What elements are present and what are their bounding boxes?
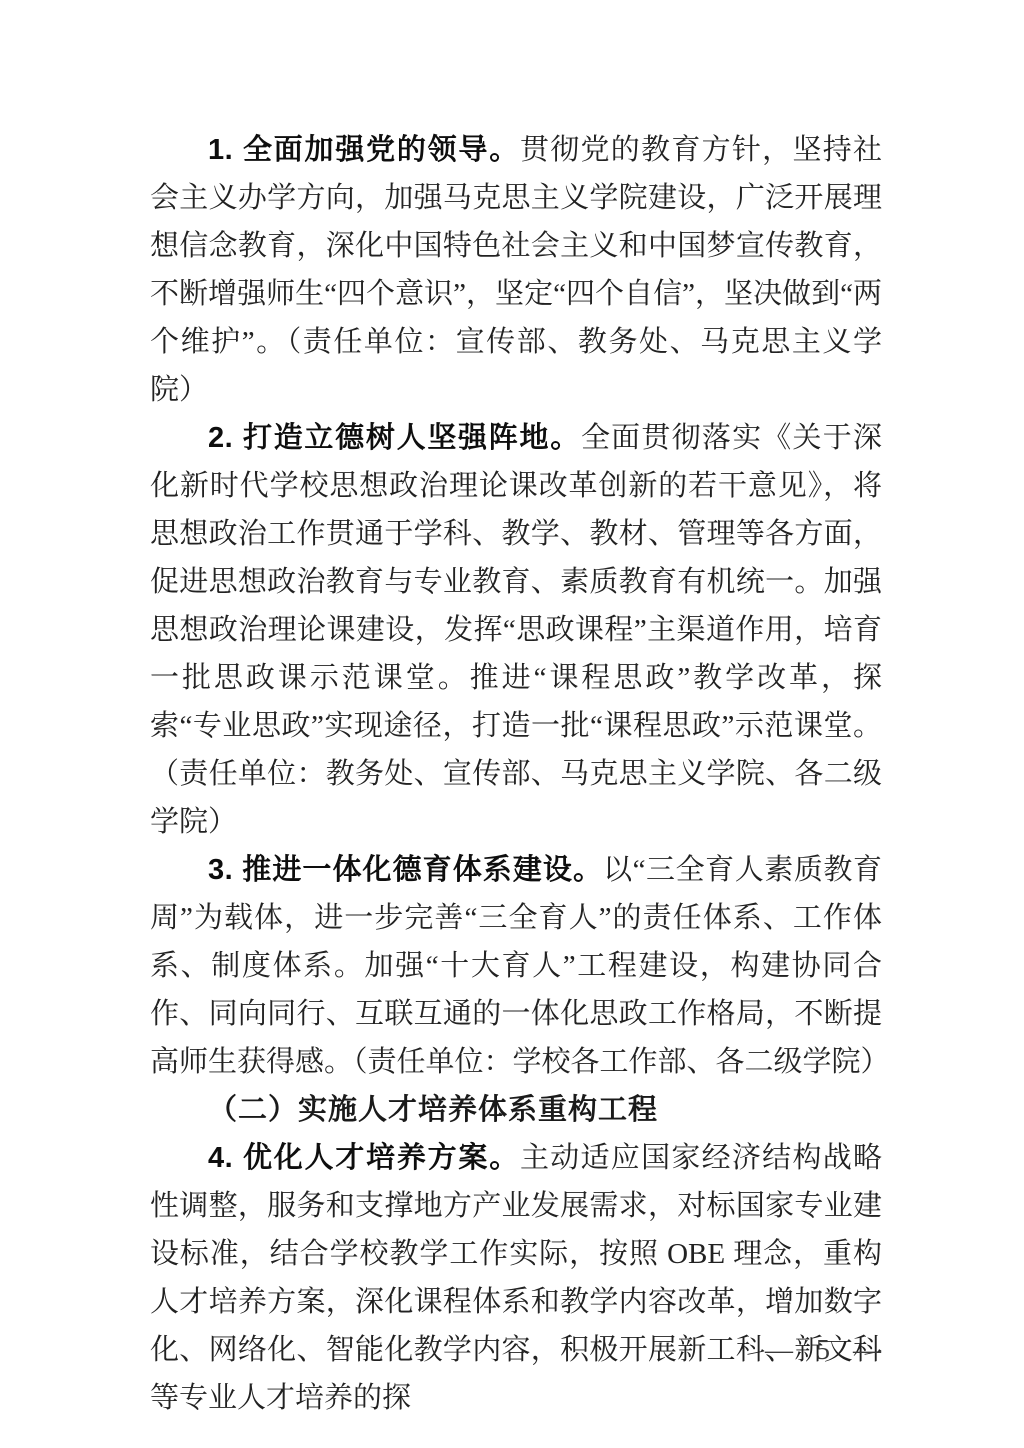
document-body: 1. 全面加强党的领导。贯彻党的教育方针，坚持社会主义办学方向，加强马克思主义学… <box>150 126 882 1422</box>
paragraph-1: 1. 全面加强党的领导。贯彻党的教育方针，坚持社会主义办学方向，加强马克思主义学… <box>150 126 882 414</box>
paragraph-1-body: 贯彻党的教育方针，坚持社会主义办学方向，加强马克思主义学院建设，广泛开展理想信念… <box>150 134 882 406</box>
paragraph-4-body: 主动适应国家经济结构战略性调整，服务和支撑地方产业发展需求，对标国家专业建设标准… <box>150 1142 882 1414</box>
paragraph-2: 2. 打造立德树人坚强阵地。全面贯彻落实《关于深化新时代学校思想政治理论课改革创… <box>150 414 882 846</box>
paragraph-2-body: 全面贯彻落实《关于深化新时代学校思想政治理论课改革创新的若干意见》，将思想政治工… <box>150 422 882 838</box>
paragraph-1-lead: 1. 全面加强党的领导。 <box>208 134 520 166</box>
paragraph-2-lead: 2. 打造立德树人坚强阵地。 <box>208 422 581 454</box>
paragraph-3-body: 以“三全育人素质教育周”为载体，进一步完善“三全育人”的责任体系、工作体系、制度… <box>150 854 890 1078</box>
paragraph-3-lead: 3. 推进一体化德育体系建设。 <box>208 854 603 886</box>
page-number-footer: — 5 — <box>765 1334 882 1368</box>
paragraph-4: 4. 优化人才培养方案。主动适应国家经济结构战略性调整，服务和支撑地方产业发展需… <box>150 1134 882 1422</box>
paragraph-3: 3. 推进一体化德育体系建设。以“三全育人素质教育周”为载体，进一步完善“三全育… <box>150 846 882 1086</box>
section-heading-2: （二）实施人才培养体系重构工程 <box>150 1086 882 1134</box>
document-page: { "content": { "items": [ { "type": "num… <box>0 0 1024 1448</box>
paragraph-4-lead: 4. 优化人才培养方案。 <box>208 1142 520 1174</box>
